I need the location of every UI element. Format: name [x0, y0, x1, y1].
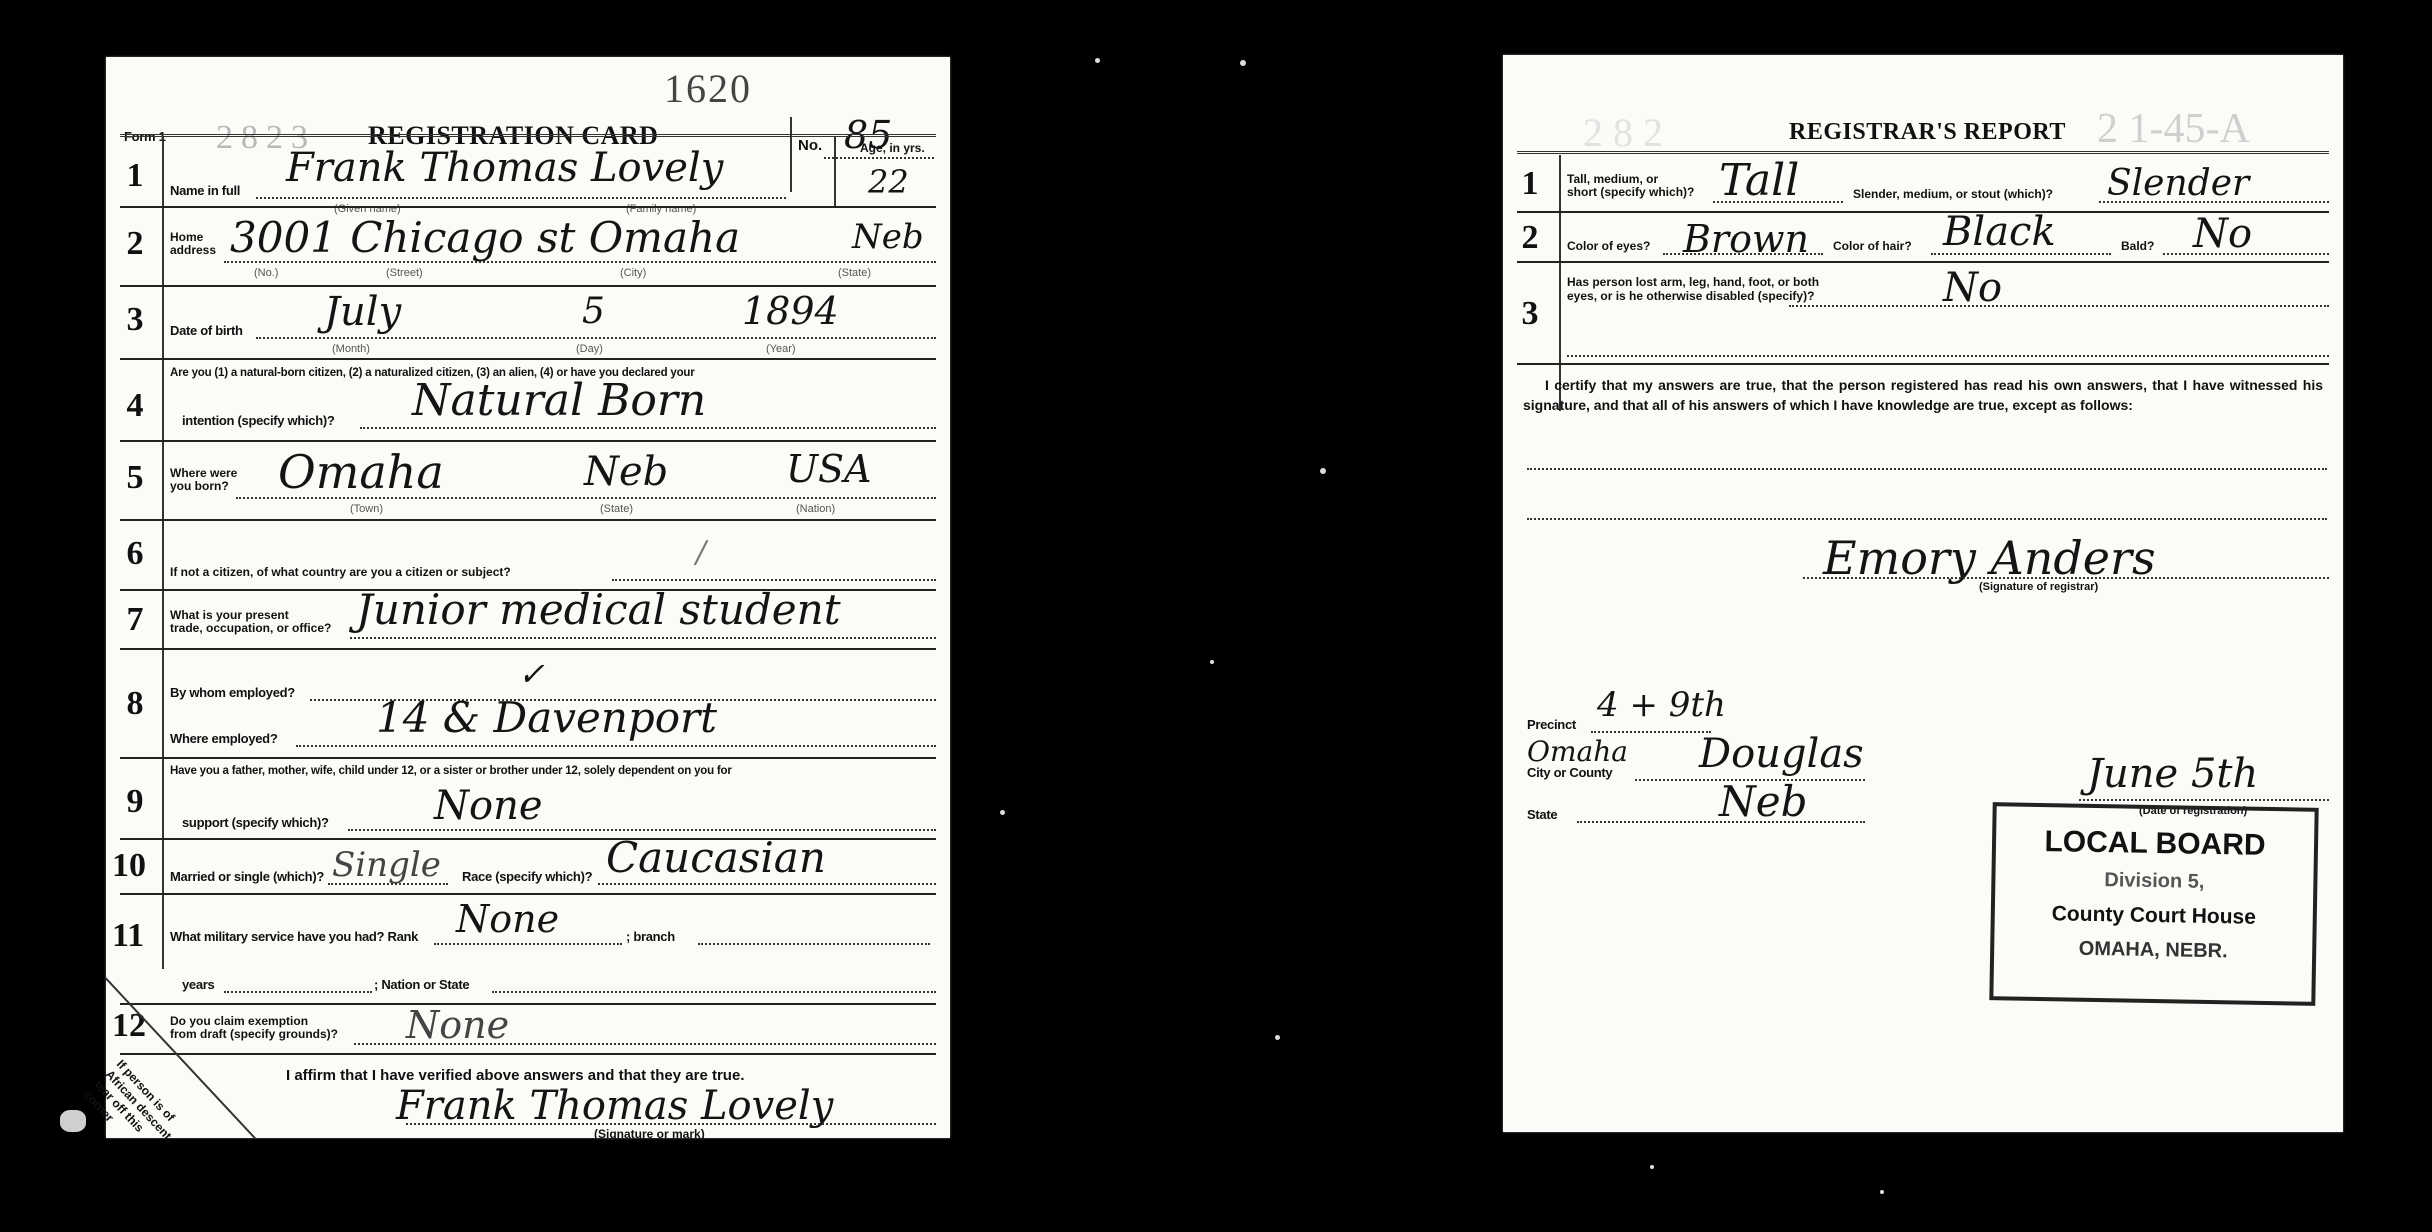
- affirmation-text: I affirm that I have verified above answ…: [286, 1067, 744, 1084]
- precinct-value: 4 + 9th: [1597, 685, 1726, 725]
- occupation-label-line2: trade, occupation, or office?: [170, 621, 331, 635]
- exemption-label-line1: Do you claim exemption: [170, 1014, 308, 1028]
- local-board-stamp: LOCAL BOARD Division 5, County Court Hou…: [1989, 802, 2318, 1006]
- dust-speck: [1210, 660, 1214, 664]
- row-number: 3: [1515, 295, 1545, 333]
- row-number: 5: [120, 459, 150, 497]
- street-caption: (Street): [386, 267, 423, 279]
- faint-number-left: 2 8 2: [1583, 109, 1663, 156]
- dotted-line: [612, 579, 936, 581]
- birth-day-value: 5: [582, 291, 605, 332]
- birth-month-value: July: [324, 289, 401, 335]
- occupation-label-line1: What is your present: [170, 608, 289, 622]
- military-branch-label: ; branch: [626, 929, 675, 944]
- dotted-line: [492, 991, 936, 993]
- height-label: Tall, medium, orshort (specify which)?: [1567, 173, 1694, 199]
- row-number: 8: [120, 685, 150, 723]
- dob-label: Date of birth: [170, 323, 243, 338]
- header-rule: [1517, 151, 2329, 154]
- dotted-line: [2079, 799, 2329, 801]
- city-value: Omaha: [1527, 735, 1628, 768]
- registrars-report-card: 2 8 2 REGISTRAR'S REPORT 2 1-45-A 1 Tall…: [1503, 55, 2343, 1132]
- month-caption: (Month): [332, 343, 370, 355]
- citizenship-value: Natural Born: [412, 375, 706, 426]
- dotted-line: [1527, 468, 2327, 470]
- row-number: 10: [112, 847, 142, 885]
- dotted-line: [698, 943, 930, 945]
- registration-card: Form 1 2823 REGISTRATION CARD 1620 No. 8…: [106, 57, 950, 1138]
- occupation-value: Junior medical student: [356, 585, 841, 634]
- home-address-value: 3001 Chicago st Omaha: [230, 213, 740, 262]
- state-caption: (State): [600, 503, 633, 515]
- race-value: Caucasian: [606, 833, 826, 882]
- dotted-line: [1789, 305, 2329, 307]
- birth-nation-value: USA: [786, 447, 872, 491]
- row-number: 3: [120, 301, 150, 339]
- no-caption: (No.): [254, 267, 278, 279]
- no-label: No.: [798, 137, 822, 154]
- dotted-line: [350, 637, 936, 639]
- dust-speck: [1240, 60, 1246, 66]
- row-rule: [120, 648, 936, 650]
- dotted-line: [824, 157, 934, 159]
- divider: [790, 117, 792, 192]
- stamped-number: 1620: [664, 65, 752, 112]
- row-rule: [120, 1003, 936, 1005]
- city-caption: (City): [620, 267, 646, 279]
- row-rule: [120, 757, 936, 759]
- dotted-line: [360, 427, 936, 429]
- age-label: Age, in yrs.: [860, 141, 925, 155]
- signature-caption: (Signature or mark): [594, 1127, 705, 1141]
- certification-text: I certify that my answers are true, that…: [1523, 375, 2323, 415]
- row-number: 6: [120, 535, 150, 573]
- stamp-line-1: LOCAL BOARD: [1996, 826, 2314, 862]
- dotted-line: [1527, 518, 2327, 520]
- dust-speck: [1095, 58, 1100, 63]
- county-value: Douglas: [1699, 731, 1864, 777]
- marital-label: Married or single (which)?: [170, 869, 324, 884]
- checkmark-icon: ✓: [518, 655, 545, 693]
- disability-label-line1: Has person lost arm, leg, hand, foot, or…: [1567, 275, 1819, 289]
- nation-caption: (Nation): [796, 503, 835, 515]
- row-rule: [120, 893, 936, 895]
- age-value: 22: [868, 163, 909, 201]
- precinct-label: Precinct: [1527, 717, 1576, 732]
- row-number: 2: [1515, 219, 1545, 257]
- dotted-line: [256, 337, 936, 339]
- stamp-line-4: OMAHA, NEBR.: [1994, 937, 2312, 963]
- birthplace-label: Where wereyou born?: [170, 467, 237, 493]
- row-number: 2: [120, 225, 150, 263]
- race-label: Race (specify which)?: [462, 869, 592, 884]
- row-number: 11: [112, 917, 142, 955]
- row-rule: [1517, 261, 2329, 263]
- row-rule: [120, 206, 936, 208]
- row-number: 9: [120, 783, 150, 821]
- birth-town-value: Omaha: [278, 445, 444, 499]
- row-number: 7: [120, 601, 150, 639]
- disability-value: No: [1943, 265, 2002, 311]
- row-rule: [1517, 363, 2329, 365]
- work-location-value: 14 & Davenport: [376, 693, 717, 742]
- dotted-line: [598, 883, 936, 885]
- eye-color-label: Color of eyes?: [1567, 239, 1650, 253]
- build-value: Slender: [2107, 163, 2249, 204]
- foreign-citizen-value: /: [696, 535, 706, 570]
- marital-value: Single: [332, 845, 441, 885]
- city-county-label: City or County: [1527, 765, 1612, 780]
- registrar-signature-caption: (Signature of registrar): [1979, 581, 2098, 593]
- dotted-line: [1803, 577, 2329, 579]
- dotted-line: [1567, 355, 2329, 357]
- margin-line: [1559, 155, 1561, 411]
- row-rule: [120, 519, 936, 521]
- dotted-line: [406, 1123, 936, 1125]
- exemption-value: None: [406, 1003, 509, 1047]
- row-number: 4: [120, 387, 150, 425]
- state-label: State: [1527, 807, 1557, 822]
- state-value: Neb: [1719, 777, 1808, 826]
- disability-label: Has person lost arm, leg, hand, foot, or…: [1567, 275, 1819, 303]
- dust-speck: [1320, 468, 1326, 474]
- dust-speck: [1275, 1035, 1280, 1040]
- birthplace-label-line1: Where were: [170, 466, 237, 480]
- disability-label-line2: eyes, or is he otherwise disabled (speci…: [1567, 289, 1814, 303]
- military-rank-label: What military service have you had? Rank: [170, 929, 418, 944]
- exemption-label-line2: from draft (specify grounds)?: [170, 1027, 338, 1041]
- home-label-line1: Home: [170, 230, 203, 244]
- row-rule: [120, 358, 936, 360]
- home-state-value: Neb: [852, 217, 924, 257]
- divider: [834, 137, 836, 207]
- stamp-line-2: Division 5,: [1995, 868, 2313, 894]
- home-label: Homeaddress: [170, 231, 216, 257]
- row-number: 1: [1515, 165, 1545, 203]
- dotted-line: [434, 943, 622, 945]
- dotted-line: [224, 991, 372, 993]
- citizenship-label: intention (specify which)?: [182, 413, 335, 428]
- day-caption: (Day): [576, 343, 603, 355]
- dust-speck: [1880, 1190, 1884, 1194]
- dotted-line: [296, 745, 936, 747]
- dust-speck: [1000, 810, 1005, 815]
- employer-label: By whom employed?: [170, 685, 295, 700]
- dependents-question: Have you a father, mother, wife, child u…: [170, 765, 732, 777]
- nation-state-label: ; Nation or State: [374, 977, 469, 992]
- work-location-label: Where employed?: [170, 731, 277, 746]
- name-label: Name in full: [170, 183, 240, 198]
- registration-date-value: June 5th: [2087, 751, 2258, 797]
- dependents-label: support (specify which)?: [182, 815, 329, 830]
- exemption-label: Do you claim exemptionfrom draft (specif…: [170, 1015, 338, 1041]
- build-label: Slender, medium, or stout (which)?: [1853, 187, 2053, 201]
- height-label-line1: Tall, medium, or: [1567, 172, 1658, 186]
- margin-line: [162, 137, 164, 969]
- hair-color-label: Color of hair?: [1833, 239, 1912, 253]
- row-number: 1: [120, 157, 150, 195]
- eye-color-value: Brown: [1683, 217, 1809, 261]
- foreign-citizen-label: If not a citizen, of what country are yo…: [170, 565, 511, 579]
- dotted-line: [1591, 731, 1711, 733]
- name-value: Frank Thomas Lovely: [286, 145, 723, 191]
- town-caption: (Town): [350, 503, 383, 515]
- dust-speck: [1650, 1165, 1654, 1169]
- bald-label: Bald?: [2121, 239, 2154, 253]
- dotted-line: [348, 829, 936, 831]
- corner-note: If person is of African descent, tear of…: [80, 1057, 188, 1166]
- military-rank-value: None: [456, 897, 559, 941]
- military-years-label: years: [182, 977, 214, 992]
- dotted-line: [256, 197, 786, 199]
- birth-state-value: Neb: [584, 449, 668, 495]
- state-caption: (State): [838, 267, 871, 279]
- year-caption: (Year): [766, 343, 796, 355]
- occupation-label: What is your presenttrade, occupation, o…: [170, 609, 331, 635]
- height-label-line2: short (specify which)?: [1567, 185, 1694, 199]
- bald-value: No: [2193, 211, 2252, 257]
- row-rule: [120, 1053, 936, 1055]
- faint-number-right: 2 1-45-A: [2097, 105, 2250, 153]
- report-title: REGISTRAR'S REPORT: [1789, 119, 2066, 146]
- header-rule: [120, 134, 936, 137]
- dust-speck: [60, 1110, 86, 1132]
- dependents-value: None: [434, 783, 543, 829]
- birth-year-value: 1894: [742, 289, 839, 333]
- stamp-line-3: County Court House: [1995, 902, 2313, 929]
- row-rule: [120, 285, 936, 287]
- home-label-line2: address: [170, 243, 216, 257]
- height-value: Tall: [1719, 155, 1799, 206]
- row-rule: [120, 440, 936, 442]
- birthplace-label-line2: you born?: [170, 479, 229, 493]
- hair-color-value: Black: [1943, 209, 2056, 255]
